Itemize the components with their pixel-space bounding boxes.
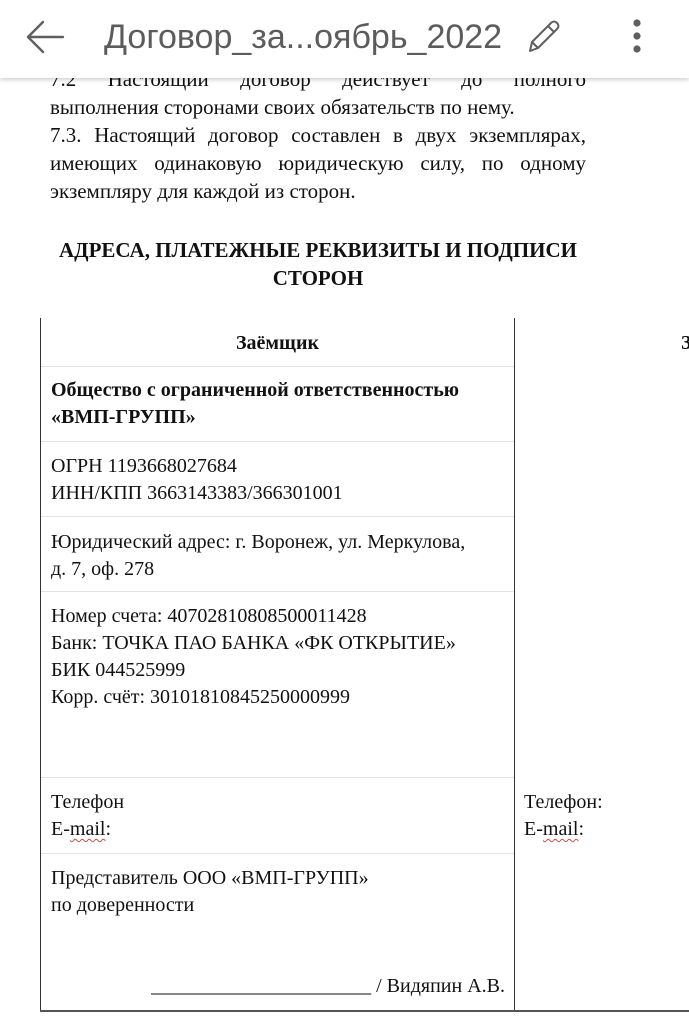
lender-email-label: E-mail: <box>524 816 584 843</box>
borrower-phone-label: Телефон <box>51 789 124 816</box>
borrower-representative-line1: Представитель ООО «ВМП-ГРУПП» <box>51 865 369 892</box>
row-divider <box>41 516 514 517</box>
clause-7-2-line2: выполнения сторонами своих обязательств … <box>50 93 586 121</box>
arrow-left-icon <box>25 19 65 55</box>
email-word-spellcheck: mail <box>543 818 579 840</box>
borrower-address-line1: Юридический адрес: г. Воронеж, ул. Мерку… <box>51 529 465 556</box>
row-divider <box>41 366 514 367</box>
borrower-bik: БИК 044525999 <box>51 657 185 684</box>
borrower-account: Номер счета: 40702810808500011428 <box>51 603 367 630</box>
lender-header: З <box>681 330 689 357</box>
more-vertical-icon <box>631 17 643 57</box>
table-border-middle <box>514 318 515 1012</box>
app-bar: Договор_за...оябрь_2022 <box>0 0 689 78</box>
document-title: Договор_за...оябрь_2022 <box>104 12 502 62</box>
pencil-icon <box>523 17 563 57</box>
email-suffix: : <box>105 818 111 840</box>
clause-7-3: 7.3. Настоящий договор составлен в двух … <box>50 121 586 205</box>
borrower-inn-kpp: ИНН/КПП 3663143383/366301001 <box>51 480 343 507</box>
more-options-button[interactable] <box>612 12 662 62</box>
email-prefix: E- <box>524 818 543 840</box>
table-border-bottom <box>40 1010 689 1012</box>
section-heading-line2: СТОРОН <box>40 264 596 292</box>
borrower-ogrn: ОГРН 1193668027684 <box>51 453 237 480</box>
email-word-spellcheck: mail <box>70 818 106 840</box>
row-divider <box>41 777 514 778</box>
table-border-left <box>40 318 41 1012</box>
borrower-address-line2: д. 7, оф. 278 <box>51 556 154 583</box>
section-heading: АДРЕСА, ПЛАТЕЖНЫЕ РЕКВИЗИТЫ И ПОДПИСИ СТ… <box>40 236 596 292</box>
row-divider <box>41 591 514 592</box>
borrower-email-label: E-mail: <box>51 816 111 843</box>
back-button[interactable] <box>22 14 68 60</box>
row-divider <box>41 441 514 442</box>
borrower-bank: Банк: ТОЧКА ПАО БАНКА «ФК ОТКРЫТИЕ» <box>51 630 456 657</box>
borrower-header: Заёмщик <box>41 330 514 357</box>
borrower-corr-account: Корр. счёт: 30101810845250000999 <box>51 684 350 711</box>
email-prefix: E- <box>51 818 70 840</box>
section-heading-line1: АДРЕСА, ПЛАТЕЖНЫЕ РЕКВИЗИТЫ И ПОДПИСИ <box>40 236 596 264</box>
borrower-company-line2: «ВМП-ГРУПП» <box>51 404 196 431</box>
borrower-representative-line2: по доверенности <box>51 892 194 919</box>
edit-button[interactable] <box>518 12 568 62</box>
email-suffix: : <box>578 818 584 840</box>
borrower-company-line1: Общество с ограниченной ответственностью <box>51 377 459 404</box>
borrower-signature-line: ______________________ / Видяпин А.В. <box>41 973 505 1000</box>
lender-phone-label: Телефон: <box>524 789 603 816</box>
row-divider <box>41 853 514 854</box>
document-viewer[interactable]: 7.2 Настоящий договор действует до полно… <box>0 0 689 1024</box>
